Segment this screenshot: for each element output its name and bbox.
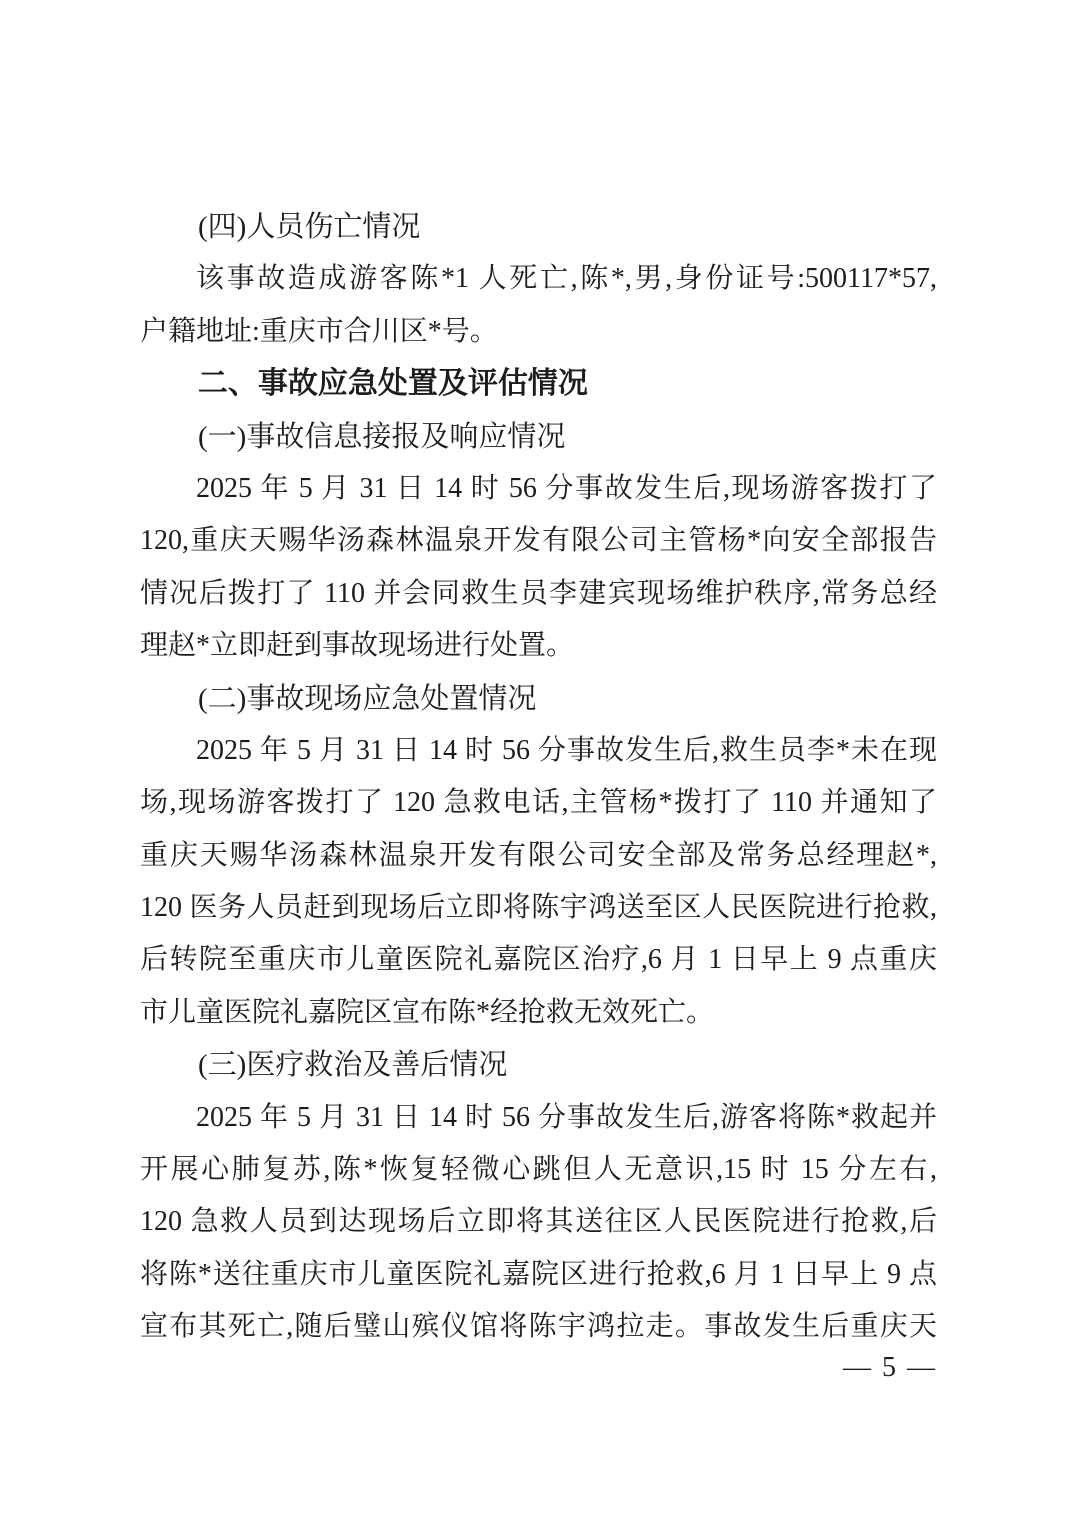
paragraph-line: 场,现场游客拨打了 120 急救电话,主管杨*拨打了 110 并通知了: [140, 777, 937, 829]
paragraph-line: 后转院至重庆市儿童医院礼嘉院区治疗,6 月 1 日早上 9 点重庆: [140, 934, 937, 986]
sub-heading: (三)医疗救治及善后情况: [140, 1039, 937, 1091]
paragraph-line: 该事故造成游客陈*1 人死亡,陈*,男,身份证号:500117*57,: [140, 253, 937, 305]
paragraph-line: 宣布其死亡,随后璧山殡仪馆将陈宇鸿拉走。事故发生后重庆天: [140, 1301, 937, 1353]
paragraph-line: 重庆天赐华汤森林温泉开发有限公司安全部及常务总经理赵*,: [140, 830, 937, 882]
paragraph-line: 2025 年 5 月 31 日 14 时 56 分事故发生后,救生员李*未在现: [140, 725, 937, 777]
paragraph-line: 120 医务人员赶到现场后立即将陈宇鸿送至区人民医院进行抢救,: [140, 882, 937, 934]
document-page: (四)人员伤亡情况该事故造成游客陈*1 人死亡,陈*,男,身份证号:500117…: [0, 0, 1074, 1520]
paragraph-line: 120 急救人员到达现场后立即将其送往区人民医院进行抢救,后: [140, 1196, 937, 1248]
paragraph-line: 2025 年 5 月 31 日 14 时 56 分事故发生后,游客将陈*救起并: [140, 1092, 937, 1144]
paragraph-line: 情况后拨打了 110 并会同救生员李建宾现场维护秩序,常务总经: [140, 568, 937, 620]
sub-heading: (二)事故现场应急处置情况: [140, 673, 937, 725]
paragraph-line: 户籍地址:重庆市合川区*号。: [140, 306, 937, 358]
page-number: — 5 —: [843, 1348, 937, 1388]
sub-heading: (一)事故信息接报及响应情况: [140, 411, 937, 463]
paragraph-line: 市儿童医院礼嘉院区宣布陈*经抢救无效死亡。: [140, 987, 937, 1039]
paragraph-line: 开展心肺复苏,陈*恢复轻微心跳但人无意识,15 时 15 分左右,: [140, 1144, 937, 1196]
paragraph-line: 将陈*送往重庆市儿童医院礼嘉院区进行抢救,6 月 1 日早上 9 点: [140, 1249, 937, 1301]
section-heading: 二、事故应急处置及评估情况: [140, 358, 937, 410]
paragraph-line: 理赵*立即赶到事故现场进行处置。: [140, 620, 937, 672]
document-body: (四)人员伤亡情况该事故造成游客陈*1 人死亡,陈*,男,身份证号:500117…: [140, 201, 937, 1354]
sub-heading: (四)人员伤亡情况: [140, 201, 937, 253]
paragraph-line: 120,重庆天赐华汤森林温泉开发有限公司主管杨*向安全部报告: [140, 515, 937, 567]
paragraph-line: 2025 年 5 月 31 日 14 时 56 分事故发生后,现场游客拨打了: [140, 463, 937, 515]
